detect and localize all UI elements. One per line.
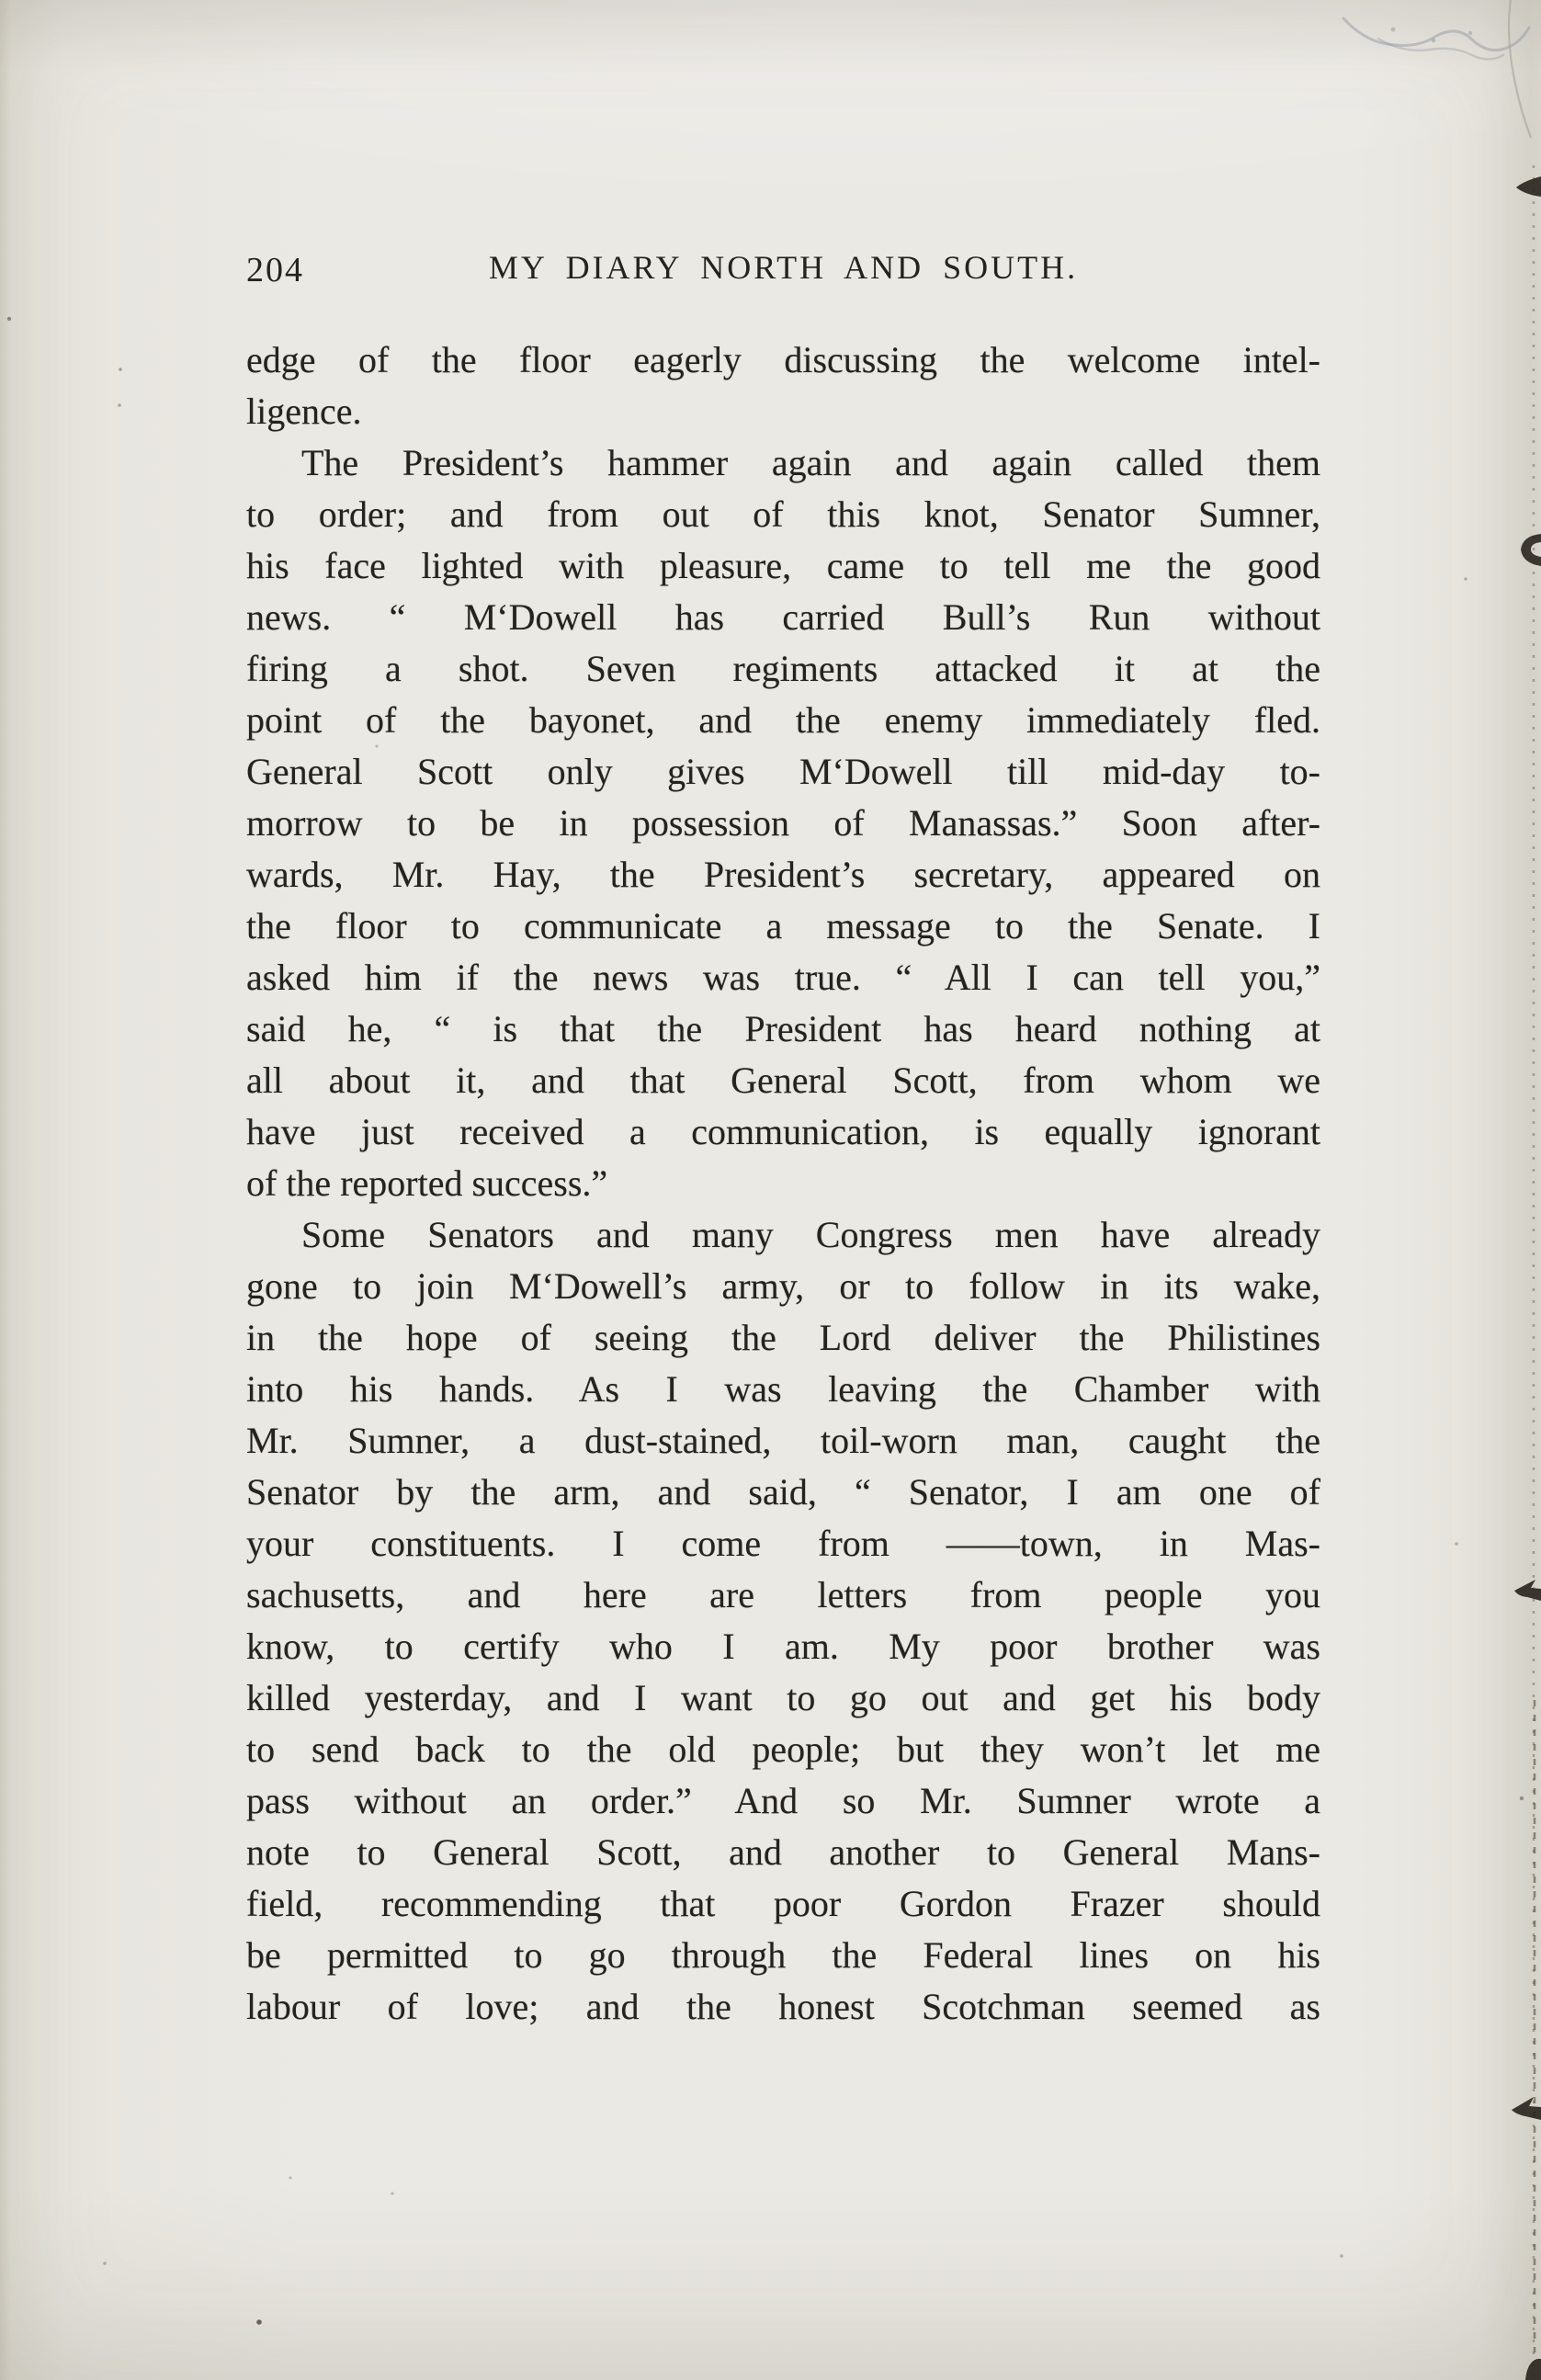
- paragraph: edge of the floor eagerly discussing the…: [246, 334, 1320, 437]
- ink-blot-bottom: [1525, 2359, 1541, 2380]
- pencil-scribble: [1468, 31, 1472, 35]
- page-header: 204 MY DIARY NORTH AND SOUTH.: [246, 248, 1320, 296]
- text-line: note to General Scott, and another to Ge…: [246, 1827, 1320, 1878]
- text-line: the floor to communicate a message to th…: [246, 901, 1320, 952]
- text-line: be permitted to go through the Federal l…: [246, 1930, 1320, 1981]
- text-line: Mr. Sumner, a dust-stained, toil-worn ma…: [246, 1415, 1320, 1467]
- text-line: into his hands. As I was leaving the Cha…: [246, 1364, 1320, 1415]
- paragraph: Some Senators and many Congress men have…: [246, 1209, 1320, 2033]
- text-line: wards, Mr. Hay, the President’s secretar…: [246, 849, 1320, 901]
- text-line: have just received a communication, is e…: [246, 1106, 1320, 1158]
- text-line: morrow to be in possession of Manassas.”…: [246, 798, 1320, 849]
- text-line: labour of love; and the honest Scotchman…: [246, 1981, 1320, 2033]
- text-line: General Scott only gives M‘Dowell till m…: [246, 746, 1320, 798]
- scanned-book-page: { "page": { "number": "204", "title": "M…: [0, 0, 1541, 2380]
- text-line: sachusetts, and here are letters from pe…: [246, 1570, 1320, 1621]
- text-line: firing a shot. Seven regiments attacked …: [246, 643, 1320, 695]
- page-body: edge of the floor eagerly discussing the…: [246, 334, 1320, 2033]
- text-line: gone to join M‘Dowell’s army, or to foll…: [246, 1261, 1320, 1312]
- text-line: edge of the floor eagerly discussing the…: [246, 334, 1320, 386]
- text-line: ligence.: [246, 386, 1320, 437]
- text-line: asked him if the news was true. “ All I …: [246, 952, 1320, 1003]
- text-line: to send back to the old people; but they…: [246, 1724, 1320, 1775]
- page-edge-crease: [1509, 0, 1531, 138]
- ink-blot-top: [1516, 176, 1541, 197]
- text-line: to order; and from out of this knot, Sen…: [246, 489, 1320, 540]
- text-line: Senator by the arm, and said, “ Senator,…: [246, 1467, 1320, 1518]
- text-line: said he, “ is that the President has hea…: [246, 1003, 1320, 1055]
- text-line: his face lighted with pleasure, came to …: [246, 540, 1320, 592]
- running-title: MY DIARY NORTH AND SOUTH.: [246, 248, 1320, 287]
- text-line: your constituents. I come from ——town, i…: [246, 1518, 1320, 1570]
- pencil-scribble: [1391, 28, 1396, 32]
- pencil-scribble: [1378, 39, 1503, 60]
- text-line: pass without an order.” And so Mr. Sumne…: [246, 1775, 1320, 1827]
- ink-blot-hook: [1521, 534, 1541, 566]
- text-line: in the hope of seeing the Lord deliver t…: [246, 1312, 1320, 1364]
- text-line: point of the bayonet, and the enemy imme…: [246, 695, 1320, 746]
- pencil-scribble: [1343, 18, 1529, 51]
- ink-blot-arrow-mid: [1514, 1580, 1541, 1601]
- text-line: killed yesterday, and I want to go out a…: [246, 1672, 1320, 1724]
- text-line: news. “ M‘Dowell has carried Bull’s Run …: [246, 592, 1320, 643]
- text-line: Some Senators and many Congress men have…: [246, 1209, 1320, 1261]
- text-line: all about it, and that General Scott, fr…: [246, 1055, 1320, 1106]
- paragraph: The President’s hammer again and again c…: [246, 437, 1320, 1209]
- text-line: of the reported success.”: [246, 1158, 1320, 1209]
- text-line: know, to certify who I am. My poor broth…: [246, 1621, 1320, 1672]
- text-line: The President’s hammer again and again c…: [246, 437, 1320, 489]
- ink-blot-arrow-lower: [1512, 2097, 1541, 2120]
- text-line: field, recommending that poor Gordon Fra…: [246, 1878, 1320, 1930]
- pencil-scribble: [1432, 39, 1435, 42]
